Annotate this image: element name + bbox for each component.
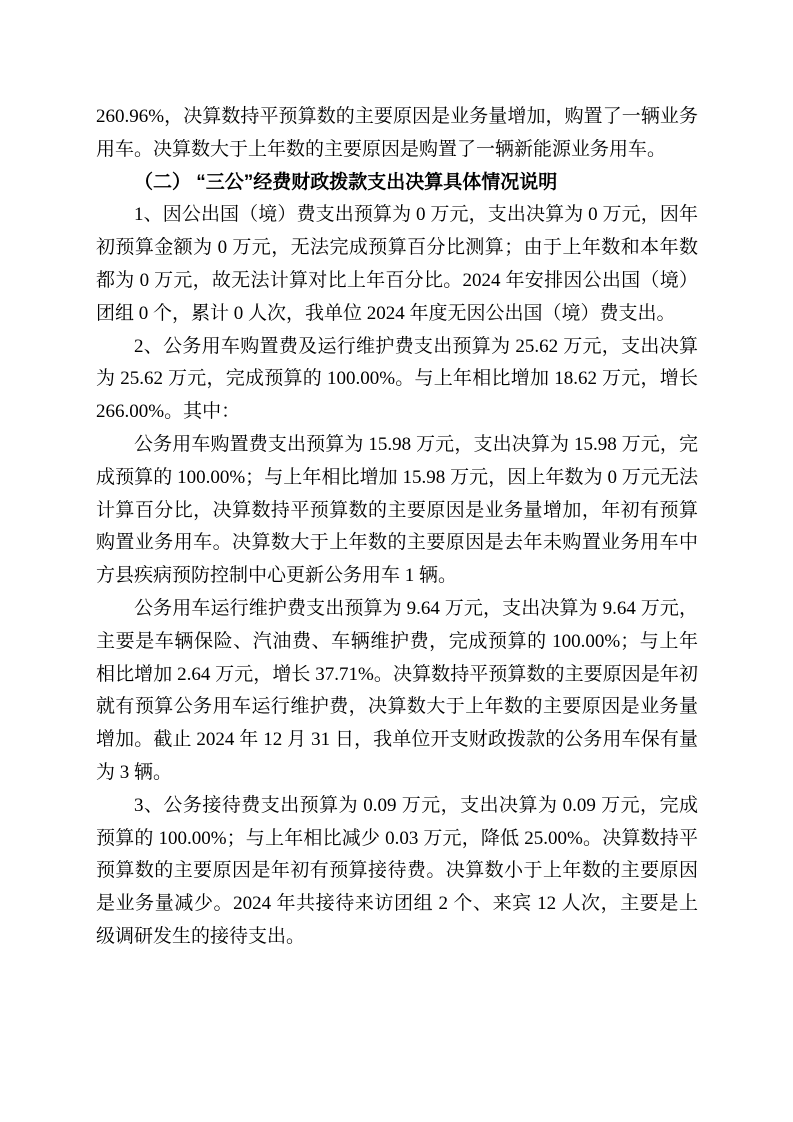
paragraph-item2-vehicle-maintenance: 公务用车运行维护费支出预算为 9.64 万元，支出决算为 9.64 万元，主要是…: [96, 593, 698, 790]
paragraph-continuation-from-previous-page: 260.96%，决算数持平预算数的主要原因是业务量增加，购置了一辆业务用车。决算…: [96, 101, 698, 167]
paragraph-item2-official-vehicles: 2、公务用车购置费及运行维护费支出预算为 25.62 万元，支出决算为 25.6…: [96, 331, 698, 429]
paragraph-item1-overseas-trips: 1、因公出国（境）费支出预算为 0 万元，支出决算为 0 万元，因年初预算金额为…: [96, 199, 698, 330]
section-heading-three-public-expenses: （二） “三公”经费财政拨款支出决算具体情况说明: [96, 167, 698, 200]
paragraph-item2-vehicle-purchase: 公务用车购置费支出预算为 15.98 万元，支出决算为 15.98 万元，完成预…: [96, 429, 698, 593]
document-page: 260.96%，决算数持平预算数的主要原因是业务量增加，购置了一辆业务用车。决算…: [0, 0, 793, 1122]
paragraph-item3-official-reception: 3、公务接待费支出预算为 0.09 万元，支出决算为 0.09 万元，完成预算的…: [96, 790, 698, 954]
